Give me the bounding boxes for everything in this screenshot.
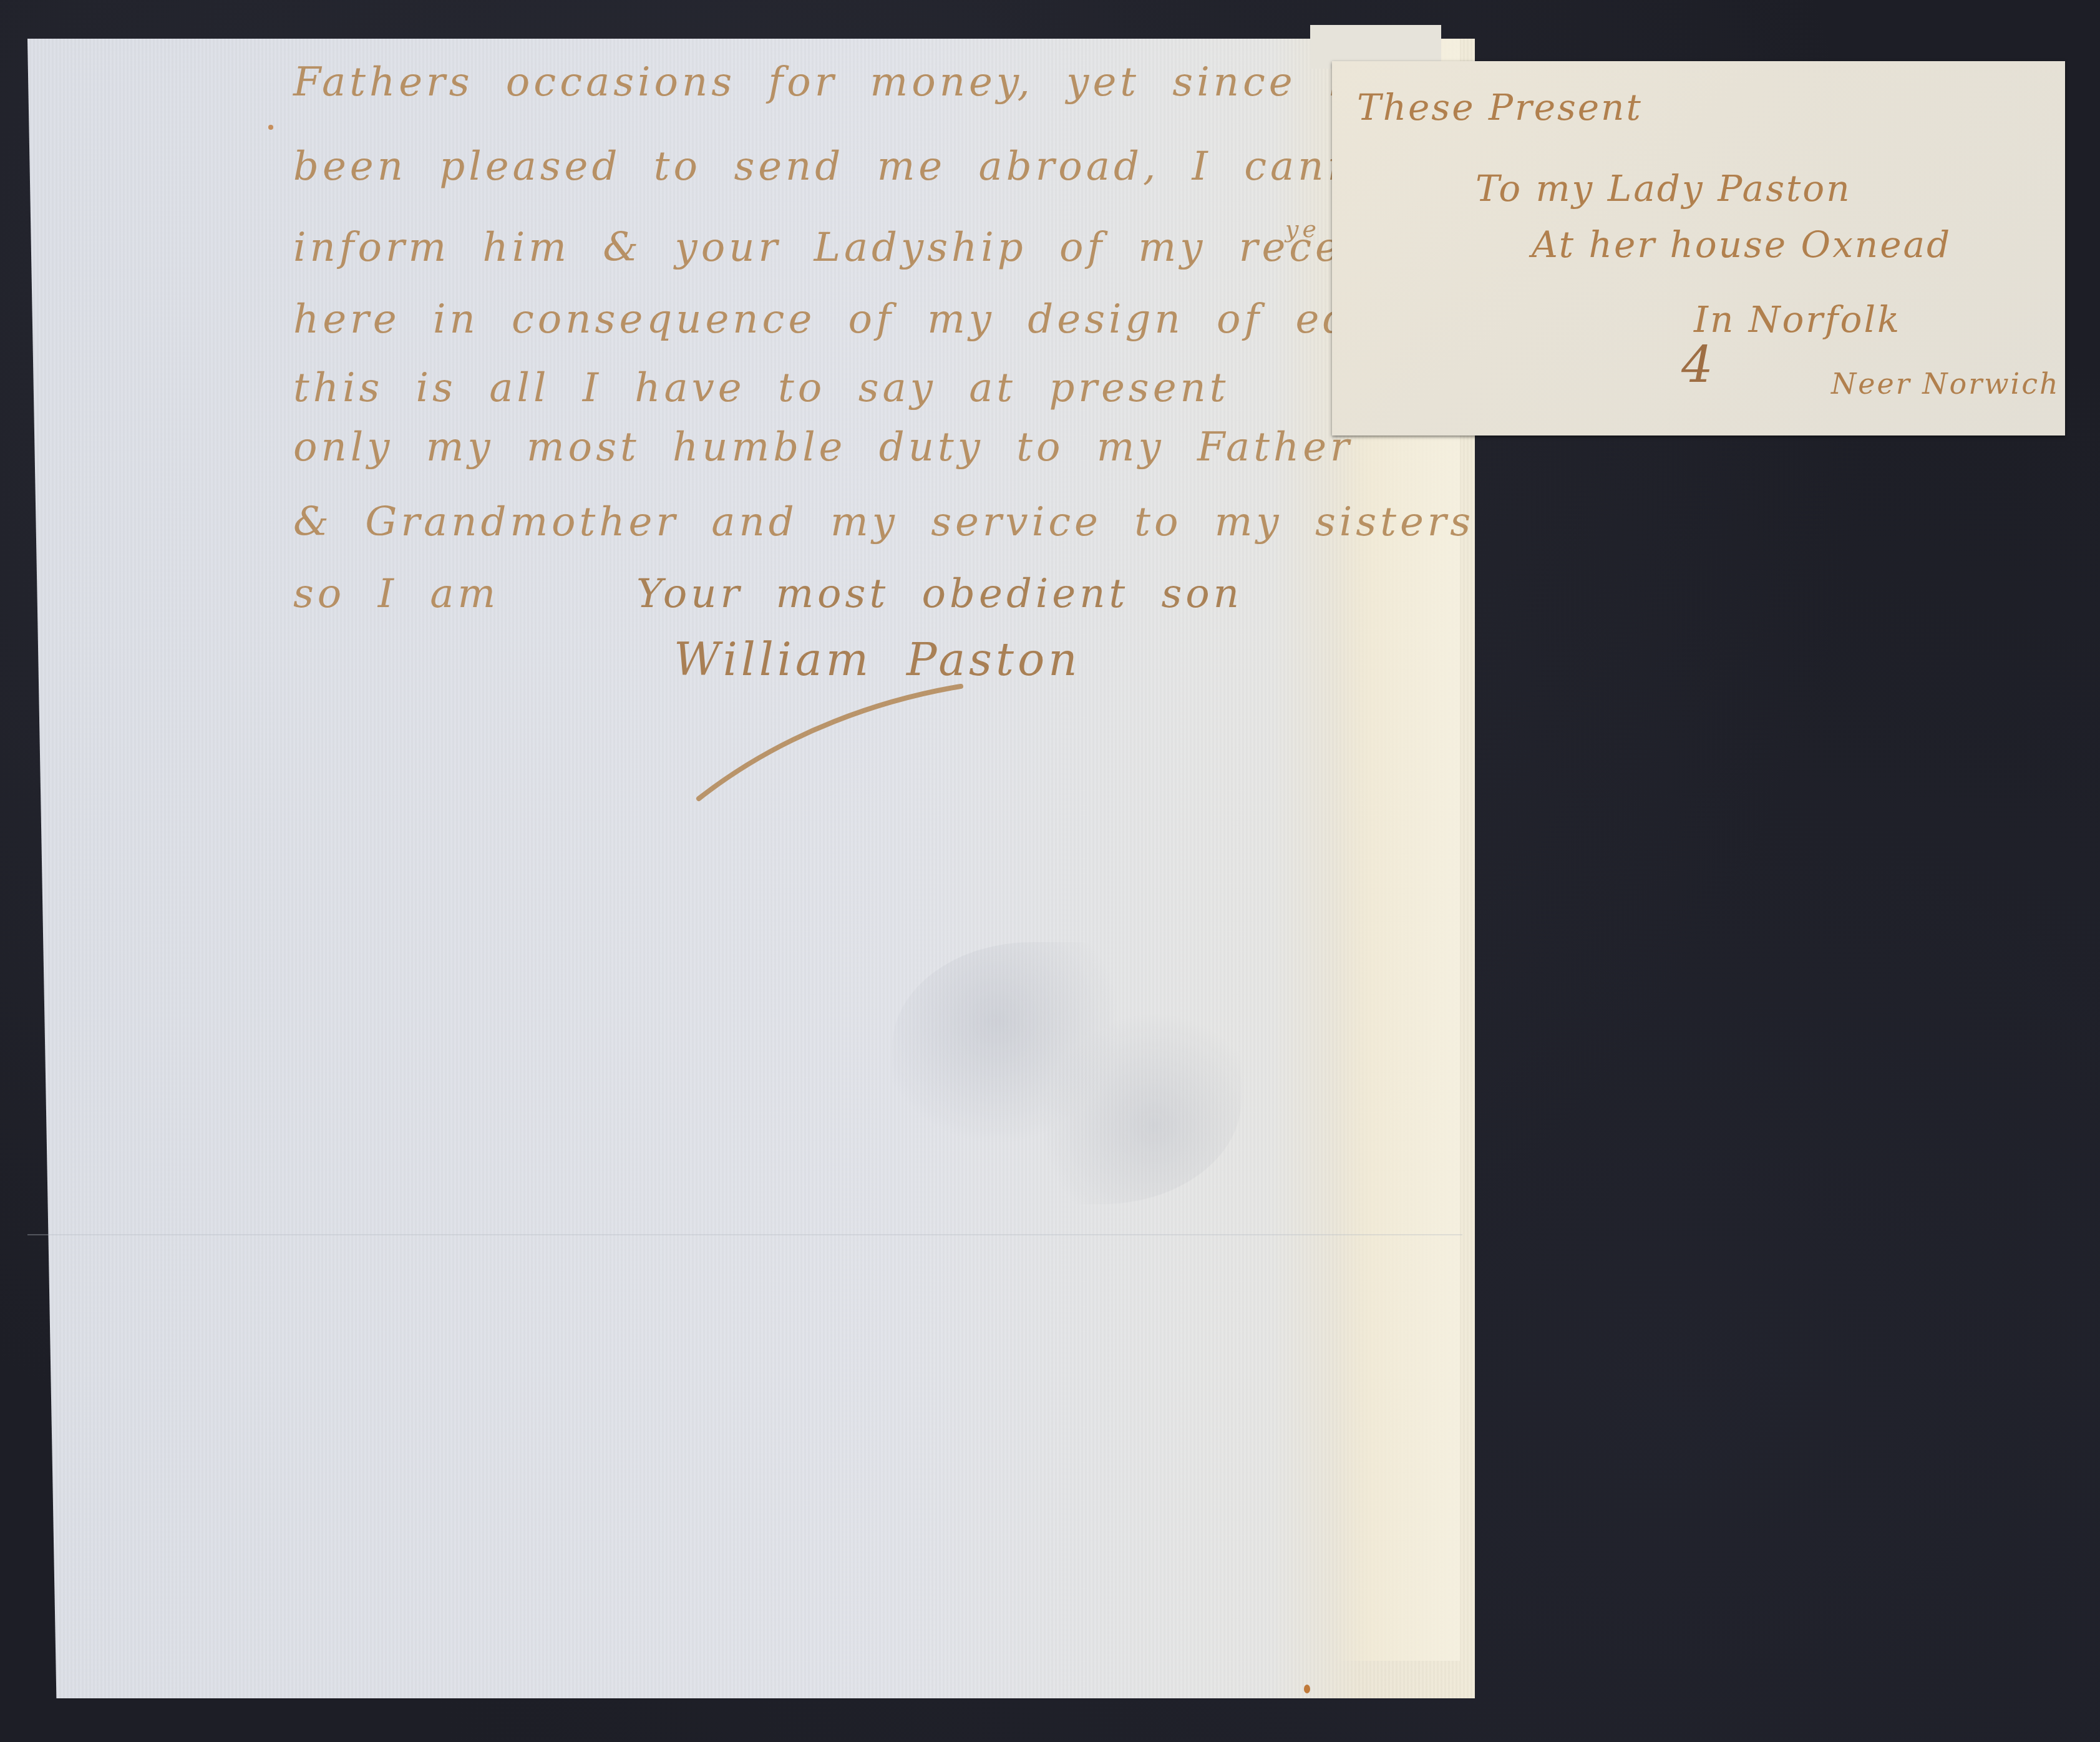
- interlinear-note: ye: [1285, 215, 1320, 243]
- fold-line: [27, 1234, 1462, 1235]
- closing-salutation: Your most obedient son: [636, 571, 1243, 617]
- letter-line-6: only my most humble duty to my Father: [293, 424, 1353, 470]
- letter-line-5: this is all I have to say at present: [293, 365, 1229, 411]
- address-cover: These Present To my Lady Paston At her h…: [1332, 61, 2065, 435]
- pencil-sketch-mark: [892, 942, 1242, 1204]
- cover-line-recipient: To my Lady Paston: [1475, 167, 1852, 210]
- letter-sheet: [27, 39, 1475, 1698]
- signature: William Paston: [674, 633, 1081, 686]
- cover-line-these-present: These Present: [1357, 86, 1643, 129]
- cover-line-near: Neer Norwich: [1831, 367, 2060, 401]
- signature-flourish: [680, 680, 973, 805]
- letter-line-7: & Grandmother and my service to my siste…: [293, 499, 1474, 545]
- letter-line-3: inform him & your Ladyship of my receipt: [293, 225, 1408, 271]
- ink-spot: [1304, 1685, 1310, 1693]
- cover-line-house: At her house Oxnead: [1532, 223, 1952, 266]
- ink-spot: [268, 125, 273, 130]
- postal-mark: 4: [1681, 336, 1713, 394]
- letter-line-8: so I am: [293, 571, 499, 617]
- cover-line-county: In Norfolk: [1694, 298, 1901, 341]
